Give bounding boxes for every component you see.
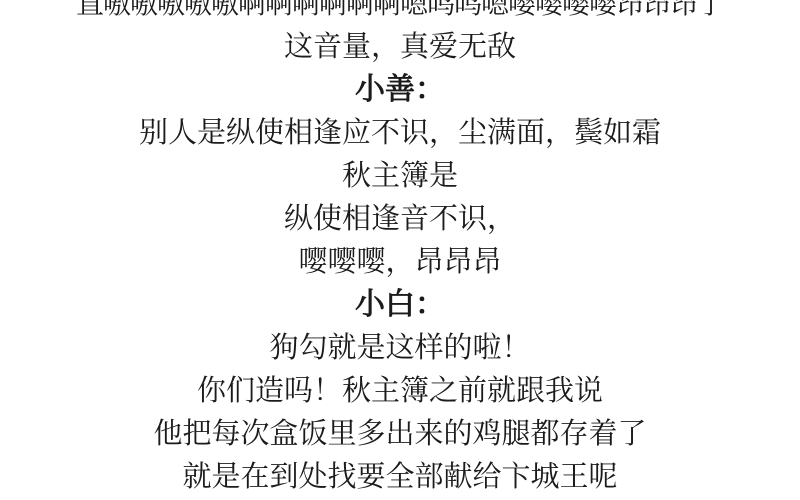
caption-line-6: 纵使相逢音不识， [0, 197, 800, 240]
caption-line-4: 别人是纵使相逢应不识，尘满面，鬓如霜 [0, 111, 800, 154]
speaker-name-xiaoshan: 小善： [0, 68, 800, 111]
transcript: 直嗷嗷嗷嗷嗷啊啊啊啊啊啊嗯呜呜嗯嘤嘤嘤嘤昂昂昂了 这音量，真爱无敌 小善： 别人… [0, 0, 800, 498]
speaker-name-xiaobai: 小白： [0, 283, 800, 326]
caption-line-12: 就是在到处找要全部献给卞城王呢 [0, 455, 800, 498]
caption-line-9: 狗勾就是这样的啦！ [0, 326, 800, 369]
caption-line-7: 嘤嘤嘤，昂昂昂 [0, 240, 800, 283]
caption-line-2: 这音量，真爱无敌 [0, 25, 800, 68]
caption-line-1: 直嗷嗷嗷嗷嗷啊啊啊啊啊啊嗯呜呜嗯嘤嘤嘤嘤昂昂昂了 [0, 0, 800, 25]
caption-line-5: 秋主簿是 [0, 154, 800, 197]
caption-line-10: 你们造吗！秋主簿之前就跟我说 [0, 369, 800, 412]
meme-text-image: 直嗷嗷嗷嗷嗷啊啊啊啊啊啊嗯呜呜嗯嘤嘤嘤嘤昂昂昂了 这音量，真爱无敌 小善： 别人… [0, 0, 800, 500]
caption-line-11: 他把每次盒饭里多出来的鸡腿都存着了 [0, 412, 800, 455]
